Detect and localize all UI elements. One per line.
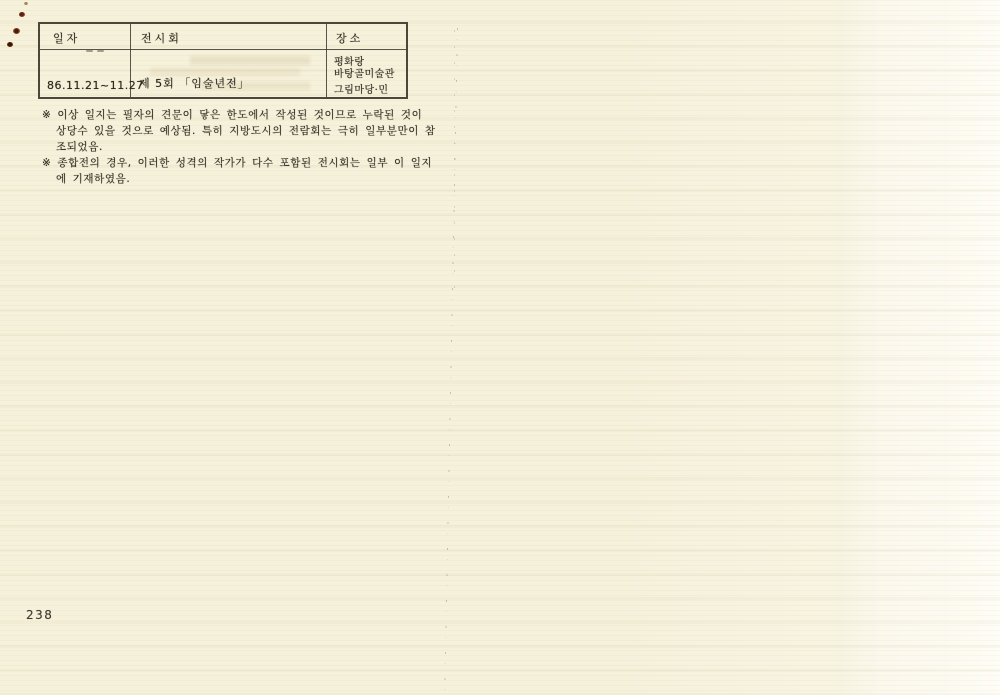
footnote-line: ※ 이상 일지는 필자의 견문이 닿은 한도에서 작성된 것이므로 누락된 것이	[42, 107, 422, 122]
table-header-exhibition: 전시회	[141, 30, 182, 46]
table-cell-date: 86.11.21~11.27	[47, 79, 144, 92]
footnote-line: 에 기재하였음.	[56, 171, 130, 186]
table-header-venue: 장소	[336, 30, 363, 46]
footnote-line: ※ 종합전의 경우, 이러한 성격의 작가가 다수 포함된 전시회는 일부 이 …	[42, 155, 432, 170]
ink-stain	[19, 12, 25, 17]
bleed-through-mark	[86, 50, 93, 52]
table-cell-exhibition: 제 5회 「임술년전」	[139, 75, 250, 91]
footnote-line: 조되었음.	[56, 139, 103, 154]
table-column-divider	[326, 24, 327, 97]
table-header-divider	[40, 49, 406, 50]
exhibition-table: 일자 전시회 장소 86.11.21~11.27 제 5회 「임술년전」 평화랑…	[38, 22, 408, 99]
bleed-through-mark	[97, 50, 104, 52]
ink-stain	[24, 2, 28, 5]
table-cell-venue-line: 그림마당·민	[334, 81, 388, 96]
page-number: 238	[26, 608, 53, 622]
scanned-page-background	[0, 0, 1000, 695]
paper-fold-crease	[454, 30, 455, 290]
table-cell-venue-line: 바탕골미술관	[334, 65, 395, 80]
table-header-date: 일자	[53, 30, 80, 46]
ink-stain	[13, 28, 20, 34]
bleed-through-smudge	[190, 56, 310, 65]
footnote-line: 상당수 있을 것으로 예상됨. 특히 지방도시의 전람회는 극히 일부분만이 참	[56, 123, 436, 138]
ink-stain	[7, 42, 13, 47]
